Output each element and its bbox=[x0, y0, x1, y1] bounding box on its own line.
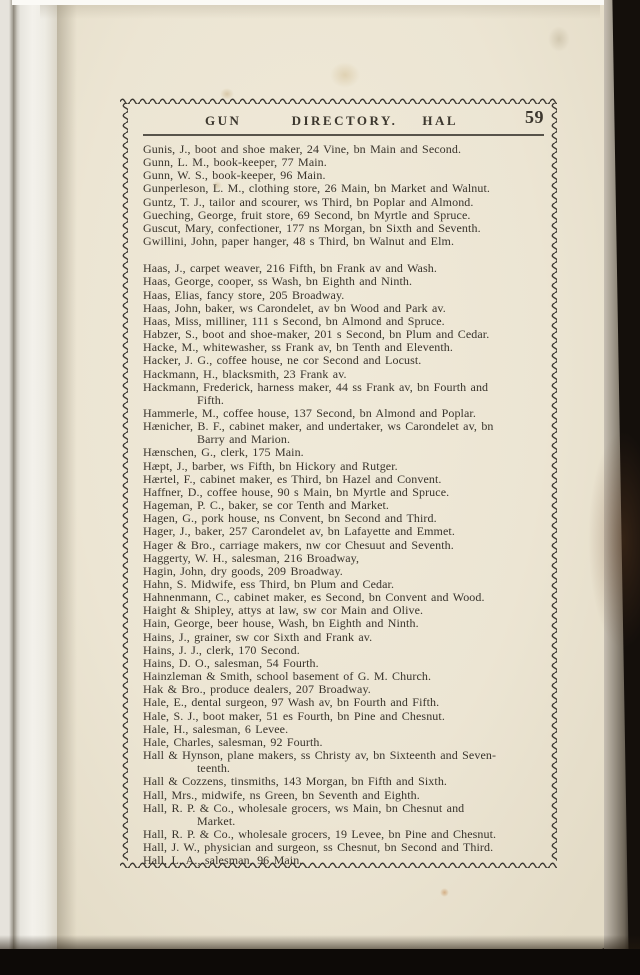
directory-entry: Gueching, George, fruit store, 69 Second… bbox=[143, 209, 546, 222]
entry-line: Gunperleson, L. M., clothing store, 26 M… bbox=[143, 182, 546, 195]
paper-stain bbox=[330, 62, 360, 88]
directory-entry: Gunperleson, L. M., clothing store, 26 M… bbox=[143, 182, 546, 195]
entry-line: Hacker, J. G., coffee house, ne cor Seco… bbox=[143, 354, 546, 367]
entry-line: Hains, J. J., clerk, 170 Second. bbox=[143, 644, 546, 657]
directory-entries: Gunis, J., boot and shoe maker, 24 Vine,… bbox=[143, 143, 546, 867]
entry-line: Hackmann, H., blacksmith, 23 Frank av. bbox=[143, 368, 546, 381]
directory-entry: Hall, Mrs., midwife, ns Green, bn Sevent… bbox=[143, 789, 546, 802]
directory-entry: Hackmann, Frederick, harness maker, 44 s… bbox=[143, 381, 546, 407]
entry-line: Hager, J., baker, 257 Carondelet av, bn … bbox=[143, 525, 546, 538]
wavy-border-top bbox=[120, 96, 557, 104]
header-last-entry-guide: HAL bbox=[422, 113, 458, 129]
entry-group: Haas, J., carpet weaver, 216 Fifth, bn F… bbox=[143, 262, 546, 867]
directory-entry: Hall, R. P. & Co., wholesale grocers, ws… bbox=[143, 802, 546, 828]
directory-entry: Hacker, J. G., coffee house, ne cor Seco… bbox=[143, 354, 546, 367]
header-rule bbox=[143, 134, 544, 136]
entry-line: Hale, H., salesman, 6 Levee. bbox=[143, 723, 546, 736]
scanned-directory-page: GUN DIRECTORY. HAL 59 Gunis, J., boot an… bbox=[0, 0, 640, 975]
directory-entry: Guntz, T. J., tailor and scourer, ws Thi… bbox=[143, 196, 546, 209]
entry-line: Hale, E., dental surgeon, 97 Wash av, bn… bbox=[143, 696, 546, 709]
entry-line: Market. bbox=[143, 815, 546, 828]
entry-group: Gunis, J., boot and shoe maker, 24 Vine,… bbox=[143, 143, 546, 248]
box-inner: GUN DIRECTORY. HAL 59 Gunis, J., boot an… bbox=[129, 104, 550, 860]
entry-line: Hains, J., grainer, sw cor Sixth and Fra… bbox=[143, 631, 546, 644]
entry-line: Gwillini, John, paper hanger, 48 s Third… bbox=[143, 235, 546, 248]
entry-line: Hærtel, F., cabinet maker, es Third, bn … bbox=[143, 473, 546, 486]
directory-entry: Hall & Cozzens, tinsmiths, 143 Morgan, b… bbox=[143, 775, 546, 788]
directory-entry: Hale, E., dental surgeon, 97 Wash av, bn… bbox=[143, 696, 546, 709]
entry-line: Hager & Bro., carriage makers, nw cor Ch… bbox=[143, 539, 546, 552]
entry-line: Hænschen, G., clerk, 175 Main. bbox=[143, 446, 546, 459]
page-top-shadow bbox=[40, 5, 600, 19]
paper-stain bbox=[548, 26, 570, 52]
entry-line: Hæpt, J., barber, ws Fifth, bn Hickory a… bbox=[143, 460, 546, 473]
directory-entry: Hager, J., baker, 257 Carondelet av, bn … bbox=[143, 525, 546, 538]
directory-entry: Hæpt, J., barber, ws Fifth, bn Hickory a… bbox=[143, 460, 546, 473]
entry-line: Hale, S. J., boot maker, 51 es Fourth, b… bbox=[143, 710, 546, 723]
directory-entry: Hall, L. A., salesman, 96 Main. bbox=[143, 854, 546, 867]
directory-content-box: GUN DIRECTORY. HAL 59 Gunis, J., boot an… bbox=[120, 96, 557, 868]
directory-entry: Gwillini, John, paper hanger, 48 s Third… bbox=[143, 235, 546, 248]
entry-line: Hall, L. A., salesman, 96 Main. bbox=[143, 854, 546, 867]
directory-entry: Hain, George, beer house, Wash, bn Eight… bbox=[143, 617, 546, 630]
directory-entry: Hains, J. J., clerk, 170 Second. bbox=[143, 644, 546, 657]
entry-line: Haas, George, cooper, ss Wash, bn Eighth… bbox=[143, 275, 546, 288]
binding-crease bbox=[9, 0, 17, 975]
entry-line: Gueching, George, fruit store, 69 Second… bbox=[143, 209, 546, 222]
entry-line: Hain, George, beer house, Wash, bn Eight… bbox=[143, 617, 546, 630]
entry-line: Hall, R. P. & Co., wholesale grocers, ws… bbox=[143, 802, 546, 815]
directory-entry: Hærtel, F., cabinet maker, es Third, bn … bbox=[143, 473, 546, 486]
directory-entry: Hale, S. J., boot maker, 51 es Fourth, b… bbox=[143, 710, 546, 723]
directory-entry: Haas, Elias, fancy store, 205 Broadway. bbox=[143, 289, 546, 302]
entry-line: Guntz, T. J., tailor and scourer, ws Thi… bbox=[143, 196, 546, 209]
entry-line: Haas, John, baker, ws Carondelet, av bn … bbox=[143, 302, 546, 315]
directory-entry: Haas, George, cooper, ss Wash, bn Eighth… bbox=[143, 275, 546, 288]
dark-background-bottom bbox=[0, 949, 640, 975]
directory-entry: Hager & Bro., carriage makers, nw cor Ch… bbox=[143, 539, 546, 552]
running-header: GUN DIRECTORY. HAL 59 bbox=[143, 111, 546, 129]
header-first-entry-guide: GUN bbox=[205, 113, 241, 129]
directory-entry: Hall & Hynson, plane makers, ss Christy … bbox=[143, 749, 546, 775]
directory-entry: Hackmann, H., blacksmith, 23 Frank av. bbox=[143, 368, 546, 381]
directory-entry: Haas, John, baker, ws Carondelet, av bn … bbox=[143, 302, 546, 315]
entry-line: Haas, Elias, fancy store, 205 Broadway. bbox=[143, 289, 546, 302]
entry-line: Fifth. bbox=[143, 394, 546, 407]
directory-entry: Hænschen, G., clerk, 175 Main. bbox=[143, 446, 546, 459]
binding-shadow bbox=[57, 4, 77, 950]
wavy-border-right bbox=[549, 103, 557, 861]
directory-entry: Hains, J., grainer, sw cor Sixth and Fra… bbox=[143, 631, 546, 644]
paper-stain bbox=[440, 888, 449, 897]
entry-line: Hall & Cozzens, tinsmiths, 143 Morgan, b… bbox=[143, 775, 546, 788]
page-number: 59 bbox=[525, 107, 544, 128]
entry-line: Hall, Mrs., midwife, ns Green, bn Sevent… bbox=[143, 789, 546, 802]
entry-line: Hackmann, Frederick, harness maker, 44 s… bbox=[143, 381, 546, 394]
directory-entry: Hale, H., salesman, 6 Levee. bbox=[143, 723, 546, 736]
entry-line: Haggerty, W. H., salesman, 216 Broadway, bbox=[143, 552, 546, 565]
directory-entry: Hænicher, B. F., cabinet maker, and unde… bbox=[143, 420, 546, 446]
header-title: DIRECTORY. bbox=[292, 113, 398, 129]
wavy-border-left bbox=[120, 103, 128, 861]
directory-entry: Haggerty, W. H., salesman, 216 Broadway, bbox=[143, 552, 546, 565]
